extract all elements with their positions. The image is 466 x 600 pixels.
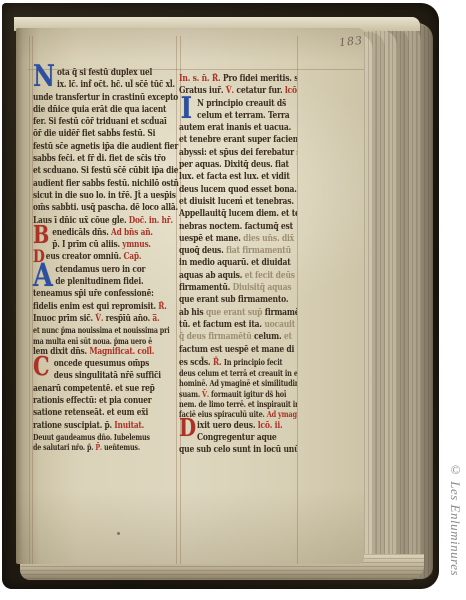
text-segment: aquas ab aquis. xyxy=(179,270,245,281)
text-line: p̄. I prīm cū aliis. ymnus. xyxy=(33,239,179,251)
text-segment: ratione suscipiat. p̄. xyxy=(33,420,114,431)
text-line: ota q̄ si festū duplex uel xyxy=(33,67,179,79)
text-line: per aquas. Dixitq̄ deus. fiat xyxy=(179,159,297,171)
text-segment: resp̄īū an̄o. xyxy=(106,313,153,324)
text-segment: tū. et factum est ita. xyxy=(179,319,264,330)
text-segment: Pro fidei meritis. sola. xyxy=(223,73,297,84)
text-segment: uen̄temus. xyxy=(104,442,140,452)
parchment-speck xyxy=(240,196,242,198)
text-segment: que sub celo sunt in locū unū xyxy=(179,444,297,455)
text-segment: et xyxy=(284,331,292,342)
text-segment: Ad bn̄s an̄. xyxy=(111,227,153,238)
text-segment: Cap̄. xyxy=(123,251,141,262)
text-segment: om̄s sabb̄ti. usq̄ pascha. dē loco allā. xyxy=(33,202,178,213)
text-line: es scd̄s. R̄. In principio fecit xyxy=(179,356,297,368)
text-line: tū. et factum est ita. uocauit xyxy=(179,319,297,331)
text-segment: Diuisitq̄ aquas xyxy=(233,282,292,293)
text-line: deus lucem quod esset bona. xyxy=(179,184,297,196)
credit-watermark: © Les Enluminures xyxy=(447,462,463,598)
text-line: sabb̄s fec̄i. et fr̄ d̄i. fiet de sc̄is … xyxy=(33,153,179,165)
text-segment: autem erat inanis et uacua. xyxy=(179,122,291,133)
text-line: uespē et mane. dies un̄s. dix̄ xyxy=(179,233,297,245)
text-line: deus singulitatā nr̄ē suffic̄i xyxy=(33,370,179,382)
text-segment: quoq̄ deus. xyxy=(179,245,226,256)
text-line: audient fier sabb̄s festū. nichilō ostn̄… xyxy=(33,178,179,190)
text-segment: deus celum et terrā et creauit in ea xyxy=(179,368,297,378)
text-segment: ota q̄ si festū duplex uel xyxy=(57,67,152,78)
text-segment: aenarū competentē. et sue rep̄ xyxy=(33,383,155,394)
text-segment: Magnificat. coll̄. xyxy=(89,346,154,357)
text-line: que sub celo sunt in locū unū xyxy=(179,444,297,456)
text-segment: es scd̄s. xyxy=(179,357,213,368)
text-segment: et nunc p̄ma nouissima et nouissima pri xyxy=(33,325,169,335)
text-line: faciē eius spiraculū uite. Ad ymagi. xyxy=(179,409,297,419)
text-line: unde transfertur in crastinū excepto xyxy=(33,92,179,104)
drop-cap-initial: I xyxy=(181,95,192,122)
text-line: q̄ deus firmamētū celum. et xyxy=(179,331,297,343)
text-segment: die dn̄ice quia erāt die qua iacent xyxy=(33,104,166,115)
text-line: festū sc̄e agnetis ip̄a die audient fier xyxy=(33,141,179,153)
text-line: eus creator omniū. Cap̄. xyxy=(33,251,179,263)
text-segment: oncede quesumus om̄ps xyxy=(54,358,149,369)
text-line: ōr̄ die uidēr̄ fiet sabb̄s festū. Si xyxy=(33,128,179,140)
text-segment: abyssi: et sp̄us dei ferebatur su xyxy=(179,147,297,158)
text-segment: Ad ymagi. xyxy=(267,409,297,419)
text-segment: ymnus. xyxy=(122,239,151,250)
text-segment: Doc̄. in. hr̄. xyxy=(129,215,173,226)
text-segment: et fecit deūs xyxy=(245,270,295,281)
text-segment: formauit igitur ds̄ hoī xyxy=(211,389,286,399)
drop-cap-initial: D xyxy=(179,417,196,439)
text-segment: P̄. xyxy=(95,442,104,452)
text-line: in medio aquarū. et diuidat xyxy=(179,257,297,269)
text-segment: dies un̄s. dix̄ xyxy=(243,233,294,244)
text-segment: Inuoc prīm sic̄. xyxy=(33,313,95,324)
text-line: Congregentur aque xyxy=(179,432,297,444)
text-line: nebras noctem. factumq̄ est xyxy=(179,221,297,233)
text-line: ratione suscipiat. p̄. Inuitat. xyxy=(33,420,179,432)
text-line: Inuoc prīm sic̄. V̄. resp̄īū an̄o. a̅. xyxy=(33,313,179,325)
text-segment: cetatur fur. xyxy=(236,85,284,96)
text-segment: uocauit xyxy=(264,319,295,330)
text-line: et diuisit lucem et tenebras. xyxy=(179,196,297,208)
folio-number: 183 xyxy=(338,34,363,49)
text-line: enedicāls dn̄s. Ad bn̄s an̄. xyxy=(33,227,179,239)
text-line: lem dixit dn̄s. Magnificat. coll̄. xyxy=(33,346,179,358)
text-line: aenarū competentē. et sue rep̄ xyxy=(33,383,179,395)
right-column-text: In. s. n̄. R̄. Pro fidei meritis. sola.G… xyxy=(179,73,297,457)
parchment-speck xyxy=(117,532,120,535)
text-segment: eus creator omniū. xyxy=(46,251,124,262)
text-segment: fidelis enim est qui repromisit. xyxy=(33,301,158,312)
text-segment: que erant sub firmamento. xyxy=(179,294,288,305)
text-line: celum et terram. Terra xyxy=(179,110,297,122)
text-segment: nebras noctem. factumq̄ est xyxy=(179,221,293,232)
text-segment: per aquas. Dixitq̄ deus. fiat xyxy=(179,159,289,170)
text-segment: q̄ deus firmamētū xyxy=(179,331,254,342)
text-line: aquas ab aquis. et fecit deūs xyxy=(179,270,297,282)
text-segment: firmamē xyxy=(265,307,297,318)
text-line: satione retenseāt. et eum ex̄i xyxy=(33,407,179,419)
text-line: nem. de limo terrē. et inspirauit in xyxy=(179,399,297,409)
text-line: ctendamus uero in cor xyxy=(33,264,179,276)
text-line: Gratus iur̄. V̄. cetatur fur. lcō. i. xyxy=(179,85,297,97)
text-segment: In principio fecit xyxy=(224,357,282,367)
text-segment: Inuitat. xyxy=(114,420,144,431)
text-line: Deuut gaudeamus dn̄o. Iubelemus xyxy=(33,432,179,442)
text-line: firmamentū. Diuisitq̄ aquas xyxy=(179,282,297,294)
text-segment: de salutari nr̄o. p̄. xyxy=(33,442,95,452)
ruling-line xyxy=(29,36,30,564)
text-segment: deus lucem quod esset bona. xyxy=(179,184,297,195)
text-segment: V̄. xyxy=(202,389,211,399)
text-segment: ab his xyxy=(179,307,206,318)
text-segment: uespē et mane. xyxy=(179,233,243,244)
text-segment: fer. Si festū cōr̄ triduani et scd̄uaī xyxy=(33,116,167,127)
text-line: et scd̄uano. Si festū sc̄ē cūbit ip̄a di… xyxy=(33,165,179,177)
text-line: ix. lc̄. inf̄ oc̄t. hc̄. ul̄ sc̄ē tūc̄ x… xyxy=(33,79,179,91)
text-segment: Appellauitq̄ lucem diem. et te xyxy=(179,208,297,219)
text-segment: ctendamus uero in cor xyxy=(55,264,145,275)
text-segment: a̅. xyxy=(152,313,159,324)
left-column-text: ota q̄ si festū duplex uelix. lc̄. inf̄ … xyxy=(33,67,179,453)
drop-cap-initial: C xyxy=(33,356,49,379)
text-line: que erant sub firmamento. xyxy=(179,294,297,306)
text-segment: N principio creauit ds̄ xyxy=(197,98,286,109)
ruling-line xyxy=(297,36,298,564)
text-line: die dn̄ice quia erāt die qua iacent xyxy=(33,104,179,116)
text-segment: et scd̄uano. Si festū sc̄ē cūbit ip̄a di… xyxy=(33,165,178,176)
text-line: Laus ī dn̄ic ux̄ cōue gl̄e. Doc̄. in. hr… xyxy=(33,215,179,227)
text-line: autem erat inanis et uacua. xyxy=(179,122,297,134)
drop-cap-initial: B xyxy=(33,224,49,246)
manuscript-page: 183 ota q̄ si festū duplex uelix. lc̄. i… xyxy=(16,28,364,564)
photo-background: 183 ota q̄ si festū duplex uelix. lc̄. i… xyxy=(0,0,466,600)
text-segment: In. s. n̄. R̄. xyxy=(179,73,223,84)
text-line: oncede quesumus om̄ps xyxy=(33,358,179,370)
text-line: et nunc p̄ma nouissima et nouissima pri xyxy=(33,325,179,335)
text-segment: sabb̄s fec̄i. et fr̄ d̄i. fiet de sc̄is … xyxy=(33,153,166,164)
text-segment: in medio aquarū. et diuidat xyxy=(179,257,291,268)
text-segment: ixit uero deus. xyxy=(197,420,258,431)
text-line: teneamus sp̄i ur̄e confessionē: xyxy=(33,288,179,300)
text-segment: et diuisit lucem et tenebras. xyxy=(179,196,294,207)
text-line: ma multa enī sūt noua. p̄ma uero ē xyxy=(33,336,179,346)
text-line: hominē. Ad ymaginē et similitudinē xyxy=(179,378,297,388)
text-segment: que erant sup̄ xyxy=(206,307,265,318)
text-segment: fiat firmamentū xyxy=(226,245,291,256)
text-line: de plenitudinem fidei. xyxy=(33,276,179,288)
text-line: deus celum et terrā et creauit in ea xyxy=(179,368,297,378)
text-line: factum est uespē et mane di xyxy=(179,344,297,356)
text-segment: celum et terram. Terra xyxy=(197,110,290,121)
text-line: ab his que erant sup̄ firmamē xyxy=(179,307,297,319)
text-line: fer. Si festū cōr̄ triduani et scd̄uaī xyxy=(33,116,179,128)
text-segment: enedicāls dn̄s. xyxy=(52,227,111,238)
text-line: sicut in die suo lo. in tr̄ē. Jt̄ a uesp… xyxy=(33,190,179,202)
drop-cap-initial: A xyxy=(33,261,53,290)
text-segment: audient fier sabb̄s festū. nichilō ostn̄… xyxy=(33,178,179,189)
text-segment: hominē. Ad ymaginē et similitudinē xyxy=(179,378,297,388)
text-line: ixit uero deus. lcō. ii. xyxy=(179,420,297,432)
text-segment: ōr̄ die uidēr̄ fiet sabb̄s festū. Si xyxy=(33,128,155,139)
text-segment: ix. lc̄. inf̄ oc̄t. hc̄. ul̄ sc̄ē tūc̄ x… xyxy=(57,79,175,90)
text-line: fidelis enim est qui repromisit. R̄. xyxy=(33,301,179,313)
text-segment: suam. xyxy=(179,389,202,399)
text-line: abyssi: et sp̄us dei ferebatur su xyxy=(179,147,297,159)
text-segment: V̄. xyxy=(95,313,105,324)
text-line: N principio creauit ds̄ xyxy=(179,98,297,110)
text-segment: V̄. xyxy=(226,85,237,96)
text-segment: Deuut gaudeamus dn̄o. Iubelemus xyxy=(33,432,150,442)
text-segment: lux. et facta est lux. et vidit xyxy=(179,171,290,182)
text-segment: unde transfertur in crastinū excepto xyxy=(33,92,178,103)
text-segment: de plenitudinem fidei. xyxy=(55,276,143,287)
text-line: om̄s sabb̄ti. usq̄ pascha. dē loco allā. xyxy=(33,202,179,214)
text-line: quoq̄ deus. fiat firmamentū xyxy=(179,245,297,257)
text-segment: nem. de limo terrē. et inspirauit in xyxy=(179,399,297,409)
text-line: de salutari nr̄o. p̄. P̄. uen̄temus. xyxy=(33,442,179,452)
text-line: Appellauitq̄ lucem diem. et te xyxy=(179,208,297,220)
text-segment: p̄. I prīm cū aliis. xyxy=(52,239,122,250)
text-segment: deus singulitatā nr̄ē suffic̄i xyxy=(54,370,161,381)
text-segment: firmamentū. xyxy=(179,282,233,293)
text-segment: satione retenseāt. et eum ex̄i xyxy=(33,407,148,418)
text-segment: et tenebre erant super faciem xyxy=(179,134,297,145)
text-segment: factum est uespē et mane di xyxy=(179,344,294,355)
text-line: lux. et facta est lux. et vidit xyxy=(179,171,297,183)
text-line: et tenebre erant super faciem xyxy=(179,134,297,146)
text-segment: Congregentur aque xyxy=(197,432,277,443)
text-segment: sicut in die suo lo. in tr̄ē. Jt̄ a uesp… xyxy=(33,190,176,201)
text-segment: lcō. i. xyxy=(285,85,297,96)
text-line: rationis effectū: et pia conuer xyxy=(33,395,179,407)
text-segment: rationis effectū: et pia conuer xyxy=(33,395,151,406)
text-segment: lcō. ii. xyxy=(258,420,283,431)
text-segment: festū sc̄e agnetis ip̄a die audient fier xyxy=(33,141,178,152)
text-line: In. s. n̄. R̄. Pro fidei meritis. sola. xyxy=(179,73,297,85)
text-segment: ma multa enī sūt noua. p̄ma uero ē xyxy=(33,336,152,346)
text-line: suam. V̄. formauit igitur ds̄ hoī xyxy=(179,389,297,399)
text-segment: R̄. xyxy=(158,301,166,312)
drop-cap-initial: N xyxy=(33,63,55,90)
text-segment: R̄. xyxy=(213,357,224,368)
text-segment: celum. xyxy=(254,331,284,342)
